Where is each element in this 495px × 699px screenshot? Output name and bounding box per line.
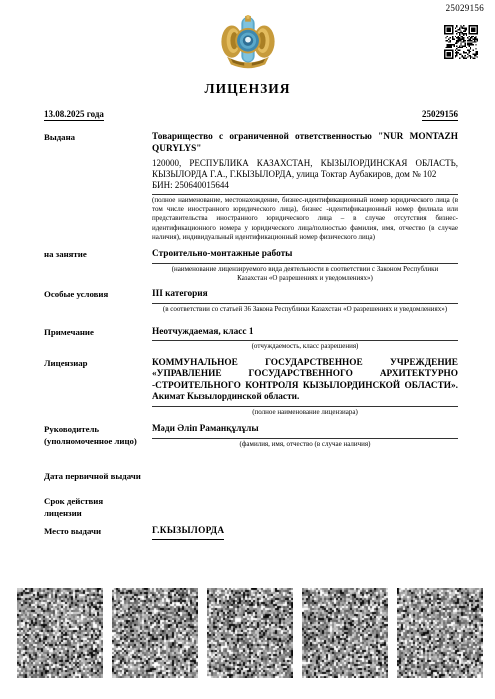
- stamp-noise-block: [112, 588, 198, 678]
- field-note-issued-to: (полное наименование, местонахождение, б…: [152, 196, 458, 242]
- field-label-remark: Примечание: [44, 327, 152, 352]
- field-label-activity: на занятие: [44, 249, 152, 283]
- field-label-special-conditions: Особые условия: [44, 289, 152, 314]
- field-note-special-conditions: (в соответствии со статьей 36 Закона Рес…: [152, 305, 458, 314]
- field-issue-place: Место выдачи Г.КЫЗЫЛОРДА: [44, 526, 458, 540]
- licensee-name: Товарищество с ограниченной ответственно…: [152, 132, 458, 155]
- field-label-head: Руководитель (уполномоченное лицо): [44, 424, 152, 449]
- field-label-licensor: Лицензиар: [44, 358, 152, 417]
- document-number-top: 25029156: [446, 3, 484, 13]
- field-label-issue-place: Место выдачи: [44, 526, 152, 540]
- field-label-validity: Срок действия лицензии: [44, 496, 124, 519]
- field-note-head: (фамилия, имя, отчество (в случае наличи…: [152, 440, 458, 449]
- field-validity: Срок действия лицензии: [44, 496, 458, 519]
- separator-line: [152, 340, 458, 341]
- head-value: Мәди Әліп Раманқұлұлы: [152, 424, 458, 436]
- stamp-noise-block: [17, 588, 103, 678]
- qr-code-icon: [444, 24, 478, 60]
- licensee-address: 120000, РЕСПУБЛИКА КАЗАХСТАН, КЫЗЫЛОРДИН…: [152, 158, 458, 180]
- field-note-remark: (отчуждаемость, класс разрешения): [152, 342, 458, 351]
- licensor-value: КОММУНАЛЬНОЕ ГОСУДАРСТВЕННОЕ УЧРЕЖДЕНИЕ …: [152, 358, 458, 404]
- field-note-activity: (наименование лицензируемого вида деятел…: [152, 265, 458, 284]
- separator-line: [152, 406, 458, 407]
- licensee-bin: БИН: 250640015644: [152, 180, 458, 191]
- license-document: 25029156 ЛИЦЕНЗИЯ 13.08.2025 года 250291…: [0, 0, 495, 699]
- field-label-first-issue-date: Дата первичной выдачи: [44, 471, 244, 483]
- page-title: ЛИЦЕНЗИЯ: [0, 81, 495, 97]
- stamp-noise-block: [302, 588, 388, 678]
- date-number-row: 13.08.2025 года 25029156: [44, 109, 458, 121]
- issue-place-value: Г.КЫЗЫЛОРДА: [152, 526, 224, 540]
- field-activity: на занятие Строительно-монтажные работы …: [44, 249, 458, 283]
- field-note-licensor: (полное наименование лицензиара): [152, 408, 458, 417]
- separator-line: [152, 438, 458, 439]
- field-special-conditions: Особые условия III категория (в соответс…: [44, 289, 458, 314]
- activity-value: Строительно-монтажные работы: [152, 249, 458, 261]
- field-licensor: Лицензиар КОММУНАЛЬНОЕ ГОСУДАРСТВЕННОЕ У…: [44, 358, 458, 417]
- field-first-issue-date: Дата первичной выдачи: [44, 471, 458, 483]
- kazakhstan-emblem-icon: [219, 15, 277, 72]
- field-head: Руководитель (уполномоченное лицо) Мәди …: [44, 424, 458, 449]
- separator-line: [152, 194, 458, 195]
- field-label-issued-to: Выдана: [44, 132, 152, 242]
- separator-line: [152, 303, 458, 304]
- field-remark: Примечание Неотчуждаемая, класс 1 (отчуж…: [44, 327, 458, 352]
- special-conditions-value: III категория: [152, 289, 458, 301]
- remark-value: Неотчуждаемая, класс 1: [152, 327, 458, 339]
- issue-date: 13.08.2025 года: [44, 109, 104, 121]
- stamp-noise-block: [397, 588, 483, 678]
- separator-line: [152, 263, 458, 264]
- stamp-noise-block: [207, 588, 293, 678]
- license-number: 25029156: [422, 109, 458, 121]
- field-issued-to: Выдана Товарищество с ограниченной ответ…: [44, 132, 458, 242]
- stamp-noise-row: [17, 588, 483, 678]
